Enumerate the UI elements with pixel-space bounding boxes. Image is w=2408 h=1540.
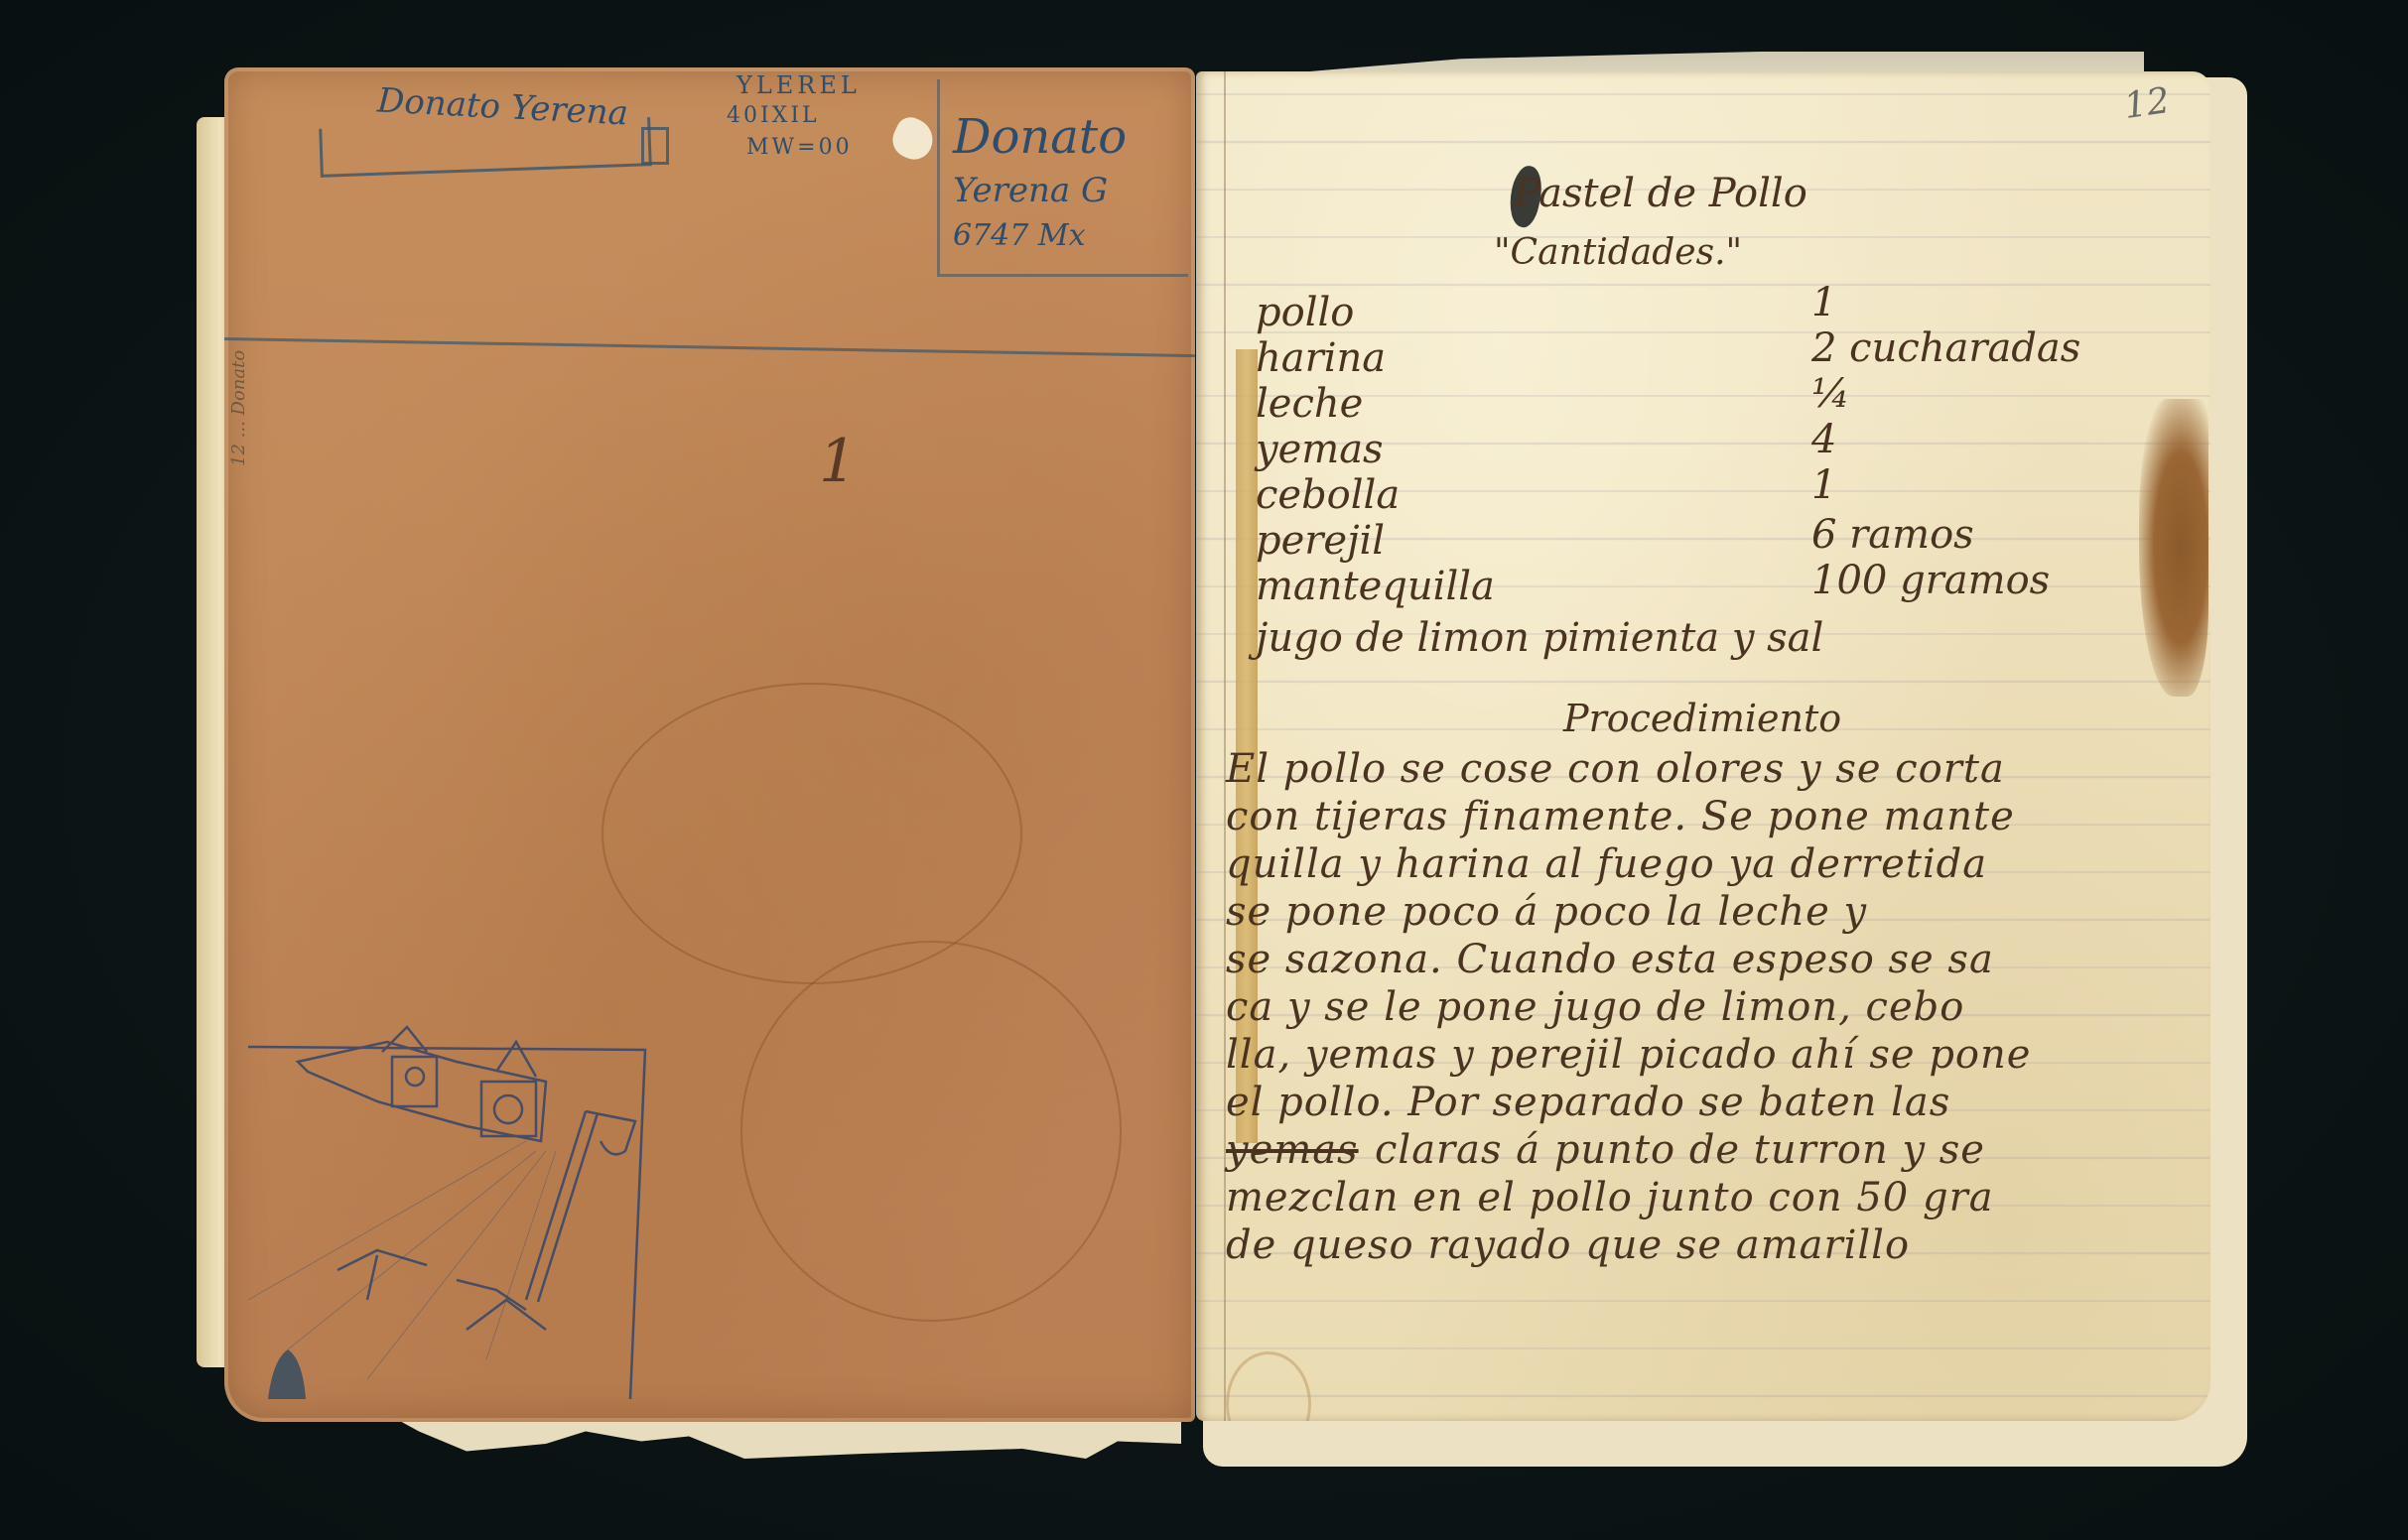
procedure-line: quilla y harina al fuego ya derretida: [1226, 841, 1987, 887]
pencil-mark: 1: [819, 427, 857, 496]
ingredient-qty: 2 cucharadas: [1811, 325, 2080, 371]
pen-horizontal-line: [224, 337, 1195, 357]
ingredient-qty: 6 ramos: [1811, 512, 1974, 558]
pen-sketch-drawing: [228, 1002, 665, 1419]
water-stain: [740, 941, 1122, 1322]
procedure-line: lla, yemas y perejil picado ahí se pone: [1226, 1032, 2031, 1078]
ingredient-name: yemas: [1256, 427, 1384, 472]
procedure-line: se sazona. Cuando esta espeso se sa: [1226, 937, 1994, 982]
ingredient-qty: 1: [1811, 462, 1836, 508]
block-letters-line-3: MW=00: [746, 135, 853, 160]
procedure-line: se pone poco á poco la leche y: [1226, 889, 1867, 935]
procedure-line: El pollo se cose con olores y se corta: [1226, 746, 2005, 792]
procedure-line: claras á punto de turron y se: [1375, 1127, 1985, 1173]
procedure-line: de queso rayado que se amarillo: [1226, 1222, 1910, 1268]
quantities-heading: "Cantidades.": [1494, 232, 1742, 273]
signature-line-2: Yerena G: [953, 171, 1108, 210]
procedure-line: mezclan en el pollo junto con 50 gra: [1226, 1175, 1994, 1220]
brown-stain: [2139, 399, 2208, 697]
ingredient-name: perejil: [1256, 518, 1385, 564]
vertical-margin-note: 12 ... Donato: [228, 350, 249, 466]
block-letters-line-2: 40IXIL: [727, 103, 820, 128]
procedure-heading: Procedimiento: [1563, 697, 1841, 740]
ingredient-qty: 100 gramos: [1811, 558, 2050, 603]
ingredient-qty: ¼: [1811, 371, 1850, 417]
ingredient-qty: 4: [1811, 417, 1836, 462]
procedure-line: el pollo. Por separado se baten las: [1226, 1080, 1950, 1125]
procedure-line: con tijeras finamente. Se pone mante: [1226, 794, 2015, 839]
signature: Donato: [953, 109, 1127, 165]
ingredient-name: harina: [1256, 335, 1386, 381]
ingredient-name: pollo: [1256, 290, 1354, 335]
ingredient-name: leche: [1256, 381, 1363, 427]
recipe-page: 12 Pastel de Pollo "Cantidades." pollo 1…: [1196, 71, 2210, 1421]
ingredient-qty: 1: [1811, 280, 1836, 325]
signature-line-3: 6747 Mx: [953, 218, 1086, 253]
ingredient-name: mantequilla: [1256, 564, 1495, 609]
page-number: 12: [2121, 80, 2172, 127]
recipe-title: Pastel de Pollo: [1514, 171, 1807, 216]
water-stain: [602, 683, 1022, 984]
small-box-outline: [641, 127, 669, 165]
ingredient-name: cebolla: [1256, 472, 1400, 518]
procedure-line: ca y se le pone jugo de limon, cebo: [1226, 984, 1964, 1030]
struck-word: yemas: [1226, 1127, 1359, 1173]
block-letters-line-1: YLEREL: [736, 71, 861, 99]
seasoning-line: jugo de limon pimienta y sal: [1256, 615, 1823, 661]
